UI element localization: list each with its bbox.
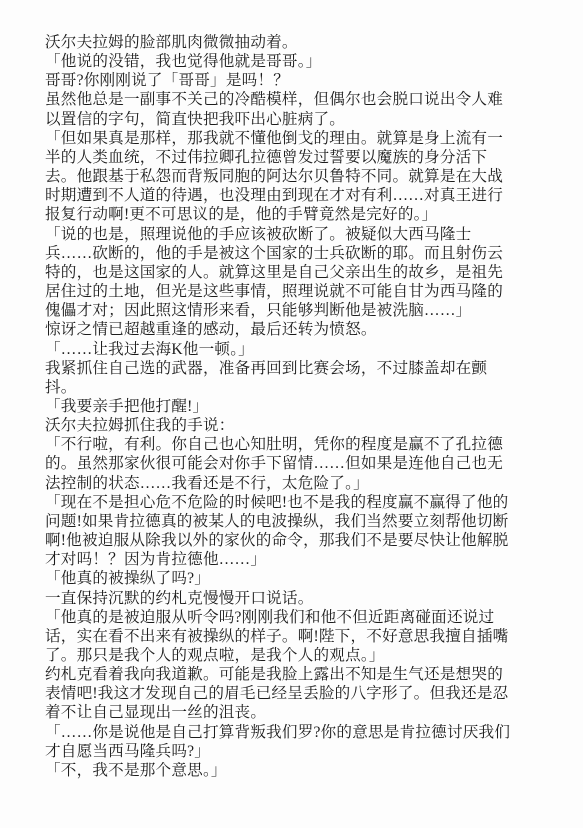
text-line: 「不，我不是那个意思。」 (45, 761, 542, 780)
text-line: 的。虽然那家伙很可能会对你手下留情……但如果是连他自己也无 (45, 454, 542, 473)
text-line: 「我要亲手把他打醒!」 (45, 397, 542, 416)
text-line: 哥哥?你刚刚说了「哥哥」是吗！？ (45, 71, 542, 90)
text-line: 以置信的字句，简直快把我吓出心脏病了。 (45, 110, 542, 129)
text-line: 抖。 (45, 378, 542, 397)
text-line: 一直保持沉默的约札克慢慢开口说话。 (45, 589, 542, 608)
scanned-novel-page: 沃尔夫拉姆的脸部肌肉微微抽动着。 「他说的没错，我也觉得他就是哥哥。」 哥哥?你… (0, 0, 583, 828)
text-line: 表情吧!我这才发现自己的眉毛已经呈丢脸的八字形了。但我还是忍 (45, 684, 542, 703)
text-line: 才自愿当西马隆兵吗?」 (45, 742, 542, 761)
text-line: 着不让自己显现出一丝的沮丧。 (45, 703, 542, 722)
text-line: 时期遭到不人道的待遇，也没理由到现在才对有利……对真王进行 (45, 186, 542, 205)
text-line: 傀儡才对；因此照这情形来看，只能够判断他是被洗脑……」 (45, 301, 542, 320)
text-line: 沃尔夫拉姆抓住我的手说： (45, 416, 542, 435)
text-line: 居住过的土地，但光是这些事情，照理说就不可能自甘为西马隆的 (45, 282, 542, 301)
text-line: 半的人类血统，不过伟拉卿孔拉德曾发过誓要以魔族的身分活下 (45, 148, 542, 167)
text-line: 话，实在看不出来有被操纵的样子。啊!陛下，不好意思我擅自插嘴 (45, 627, 542, 646)
text-line: 「不行啦，有利。你自己也心知肚明，凭你的程度是赢不了孔拉德 (45, 435, 542, 454)
text-line: 去。他跟基于私怨而背叛同胞的阿达尔贝鲁特不同。就算是在大战 (45, 167, 542, 186)
text-line: 虽然他总是一副事不关己的冷酷模样，但偶尔也会脱口说出令人难 (45, 90, 542, 109)
text-line: 沃尔夫拉姆的脸部肌肉微微抽动着。 (45, 33, 542, 52)
text-line: 法控制的状态……我看还是不行，太危险了。」 (45, 474, 542, 493)
text-line: 兵……砍断的，他的手是被这个国家的士兵砍断的耶。而且射伤云 (45, 244, 542, 263)
text-line: 惊讶之情已超越重逢的感动，最后还转为愤怒。 (45, 320, 542, 339)
text-line: 问题!如果肯拉德真的被某人的电波操纵，我们当然要立刻帮他切断 (45, 512, 542, 531)
text-line: 「……你是说他是自己打算背叛我们罗?你的意思是肯拉德讨厌我们 (45, 723, 542, 742)
text-line: 我紧抓住自己选的武器，准备再回到比赛会场，不过膝盖却在颤 (45, 359, 542, 378)
text-line: 才对吗！？因为肯拉德他……」 (45, 550, 542, 569)
text-line: 「他真的是被迫服从听令吗?刚刚我们和他不但近距离碰面还说过 (45, 608, 542, 627)
text-line: 约札克看着我向我道歉。可能是我脸上露出不知是生气还是想哭的 (45, 665, 542, 684)
text-line: 「他真的被操纵了吗?」 (45, 569, 542, 588)
text-line: 了。那只是我个人的观点啦，是我个人的观点。」 (45, 646, 542, 665)
text-line: 「他说的没错，我也觉得他就是哥哥。」 (45, 52, 542, 71)
novel-text-block: 沃尔夫拉姆的脸部肌肉微微抽动着。 「他说的没错，我也觉得他就是哥哥。」 哥哥?你… (45, 33, 542, 780)
text-line: 「……让我过去海K他一顿。」 (45, 340, 542, 359)
text-line: 报复行动啊!更不可思议的是，他的手臂竟然是完好的。」 (45, 205, 542, 224)
text-line: 「但如果真是那样，那我就不懂他倒戈的理由。就算是身上流有一 (45, 129, 542, 148)
text-line: 「说的也是，照理说他的手应该被砍断了。被疑似大西马隆士 (45, 225, 542, 244)
text-line: 特的，也是这国家的人。就算这里是自己父亲出生的故乡，是祖先 (45, 263, 542, 282)
text-line: 啊!他被迫服从除我以外的家伙的命令，那我们不是要尽快让他解脱 (45, 531, 542, 550)
text-line: 「现在不是担心危不危险的时候吧!也不是我的程度赢不赢得了他的 (45, 493, 542, 512)
